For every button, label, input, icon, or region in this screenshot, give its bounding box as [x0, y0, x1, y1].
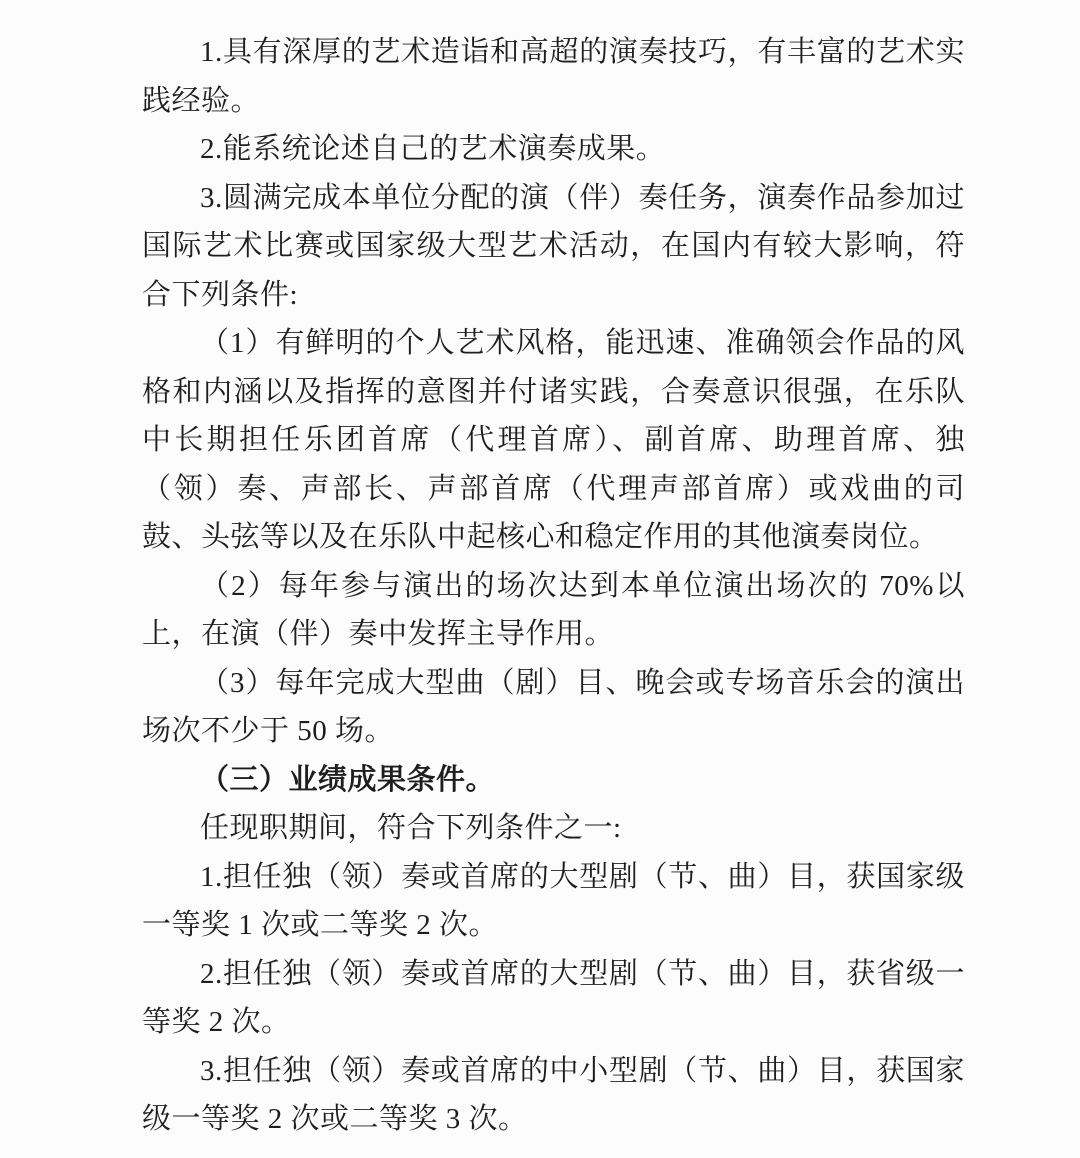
paragraph-section-heading: （三）业绩成果条件。: [142, 756, 965, 805]
document-body: 1.具有深厚的艺术造诣和高超的演奏技巧，有丰富的艺术实践经验。2.能系统论述自己…: [142, 28, 965, 1144]
paragraph-item-3-sub-1: （1）有鲜明的个人艺术风格，能迅速、准确领会作品的风格和内涵以及指挥的意图并付诸…: [142, 319, 965, 562]
paragraph-item-3: 3.圆满完成本单位分配的演（伴）奏任务，演奏作品参加过国际艺术比赛或国家级大型艺…: [142, 174, 965, 320]
paragraph-item-1: 1.具有深厚的艺术造诣和高超的演奏技巧，有丰富的艺术实践经验。: [142, 28, 965, 125]
paragraph-item-3-sub-3: （3）每年完成大型曲（剧）目、晚会或专场音乐会的演出场次不少于 50 场。: [142, 659, 965, 756]
paragraph-item-2: 2.能系统论述自己的艺术演奏成果。: [142, 125, 965, 174]
paragraph-item-3-sub-2: （2）每年参与演出的场次达到本单位演出场次的 70%以上，在演（伴）奏中发挥主导…: [142, 562, 965, 659]
paragraph-achievement-2: 2.担任独（领）奏或首席的大型剧（节、曲）目，获省级一等奖 2 次。: [142, 950, 965, 1047]
paragraph-section-intro: 任现职期间，符合下列条件之一:: [142, 804, 965, 853]
paragraph-achievement-1: 1.担任独（领）奏或首席的大型剧（节、曲）目，获国家级一等奖 1 次或二等奖 2…: [142, 853, 965, 950]
document-page: 1.具有深厚的艺术造诣和高超的演奏技巧，有丰富的艺术实践经验。2.能系统论述自己…: [0, 0, 1080, 1158]
paragraph-achievement-3: 3.担任独（领）奏或首席的中小型剧（节、曲）目，获国家级一等奖 2 次或二等奖 …: [142, 1047, 965, 1144]
